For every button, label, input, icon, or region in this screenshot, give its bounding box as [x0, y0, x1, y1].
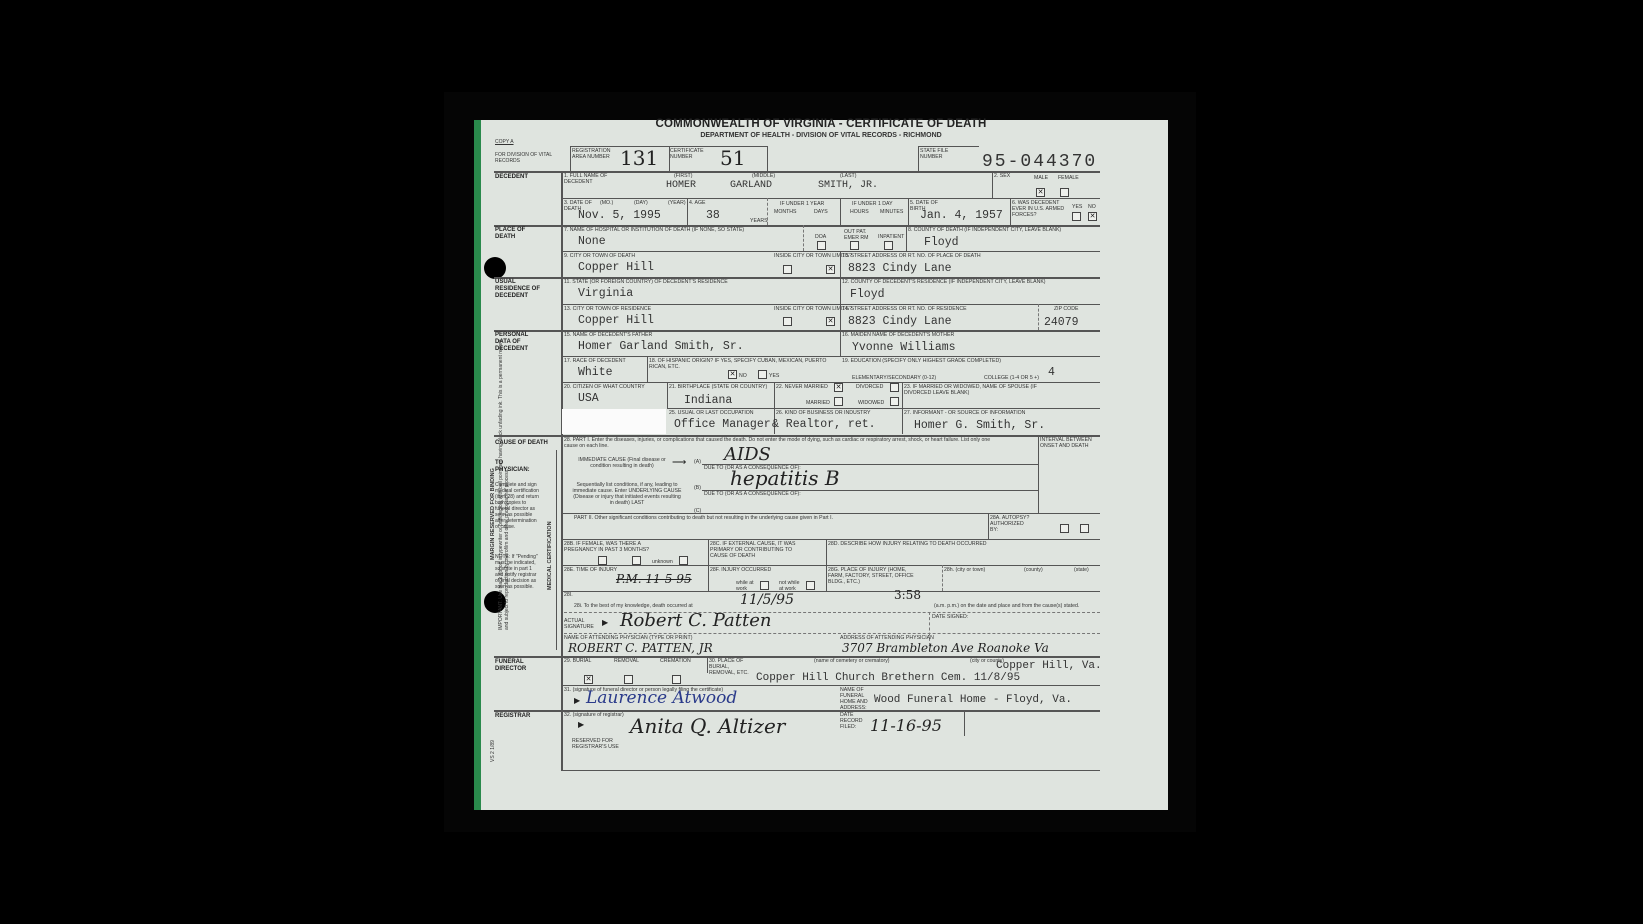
residence-street: 8823 Cindy Lane	[848, 315, 952, 328]
doa-checkbox[interactable]	[817, 241, 826, 250]
part2-instructions: PART II. Other significant conditions co…	[574, 515, 833, 521]
certification-time: 3:58	[894, 588, 921, 602]
minutes-label: minutes	[880, 209, 903, 215]
physician-signature: Robert C. Patten	[620, 610, 771, 631]
certification-date: 11/5/95	[740, 592, 794, 608]
external-cause-label: 28c. IF EXTERNAL CAUSE, IT WAS PRIMARY o…	[710, 541, 810, 559]
physician-address: 3707 Brambleton Ave Roanoke Va	[842, 641, 1049, 655]
injury-city-label: 28h. (city or town)	[944, 567, 985, 573]
birthplace-label: 21. BIRTHPLACE (state or country)	[669, 384, 767, 390]
informant-value: Homer G. Smith, Sr.	[914, 419, 1045, 432]
dod-mo-label: (mo.)	[600, 200, 613, 206]
residence-state-label: 11. STATE (OR FOREIGN COUNTRY) OF DECEDE…	[564, 279, 728, 285]
certificate-number-label: CERTIFICATE NUMBER	[670, 148, 710, 160]
state-file-number: 95-044370	[982, 152, 1097, 172]
married-checkbox[interactable]	[834, 397, 843, 406]
residence-limits-yes-checkbox[interactable]	[783, 317, 792, 326]
mother-maiden-name: Yvonne Williams	[852, 341, 956, 354]
line-b-label: (B)	[694, 485, 701, 491]
physician-instructions: Complete and sign medical certification …	[495, 482, 539, 530]
never-married-label: 22. NEVER MARRIED	[776, 384, 828, 390]
hispanic-no-label: no	[739, 373, 747, 379]
first-label: (first)	[674, 173, 692, 179]
green-binding-stripe	[474, 120, 481, 810]
certificate-number-value: 51	[720, 146, 745, 170]
autopsy-label: 28a. AUTOPSY? AUTHORIZED BY:	[990, 515, 1032, 533]
education-label: 19. EDUCATION (Specify only highest grad…	[842, 358, 1001, 364]
burial-checkbox[interactable]: ✕	[584, 675, 593, 684]
citizen-country: USA	[578, 392, 599, 405]
cause-a: AIDS	[724, 444, 771, 465]
copy-for-label: FOR DIVISION OF VITAL RECORDS	[495, 152, 555, 164]
father-name: Homer Garland Smith, Sr.	[578, 340, 744, 353]
female-label: female	[1058, 175, 1079, 181]
city-of-death: Copper Hill	[578, 261, 654, 274]
residence-street-label: 14. STREET ADDRESS OR RT. NO. OF RESIDEN…	[842, 306, 967, 312]
residence-state: Virginia	[578, 287, 633, 300]
punch-hole-top	[484, 257, 506, 279]
hispanic-yes-checkbox[interactable]	[758, 370, 767, 379]
mother-label: 16. MAIDEN NAME OF DECEDENT'S MOTHER	[842, 332, 954, 338]
reserved-label: RESERVED FOR REGISTRAR'S USE	[572, 738, 632, 750]
under-1-day-label: IF UNDER 1 DAY	[852, 201, 893, 207]
form-code: VS 2 1/89	[490, 740, 496, 762]
signature-label: ACTUAL SIGNATURE	[564, 618, 598, 630]
registrar-signature-label: 32. (signature of registrar)	[564, 712, 624, 718]
widowed-checkbox[interactable]	[890, 397, 899, 406]
decedent-last-name: SMITH, JR.	[818, 180, 878, 191]
residence-limits-no-checkbox[interactable]: ✕	[826, 317, 835, 326]
cert-number-label: 28i.	[564, 592, 573, 598]
burial-label: 29. BURIAL	[564, 658, 591, 664]
county-of-death-label: 8. COUNTY OF DEATH (if independent city,…	[908, 227, 1061, 233]
hispanic-yes-label: yes	[769, 373, 779, 379]
college-label: College (1-4 or 5 +)	[984, 375, 1039, 381]
date-of-birth: Jan. 4, 1957	[920, 209, 1003, 222]
spouse-label: 23. IF MARRIED OR WIDOWED, NAME OF SPOUS…	[904, 384, 1054, 396]
describe-injury-label: 28d. DESCRIBE HOW INJURY RELATING TO DEA…	[828, 541, 987, 547]
armed-yes-checkbox[interactable]	[1072, 212, 1081, 221]
burial-city: Copper Hill, Va.	[996, 660, 1102, 672]
doa-label: DOA	[815, 234, 826, 240]
redacted-ssn-box	[562, 409, 666, 434]
race-label: 17. RACE OF DECEDENT	[564, 358, 626, 364]
funeral-home: Wood Funeral Home - Floyd, Va.	[874, 694, 1072, 706]
place-of-injury-label: 28g. PLACE OF INJURY (home, farm, factor…	[828, 567, 918, 585]
years-label: years	[750, 218, 768, 224]
informant-label: 27. INFORMANT - OR SOURCE OF INFORMATION	[904, 410, 1025, 416]
date-signed-label: DATE SIGNED:	[932, 614, 968, 620]
male-label: male	[1034, 175, 1048, 181]
date-of-death: Nov. 5, 1995	[578, 209, 661, 222]
cremation-checkbox[interactable]	[672, 675, 681, 684]
state-file-label: STATE FILE NUMBER	[920, 148, 960, 160]
college-years: 4	[1048, 366, 1055, 379]
business-value: & Realtor, ret.	[772, 418, 876, 431]
immediate-cause-label: IMMEDIATE CAUSE (Final disease or condit…	[572, 457, 672, 469]
autopsy-yes-checkbox[interactable]	[1060, 524, 1069, 533]
race-value: White	[578, 366, 613, 379]
while-at-work-checkbox[interactable]	[760, 581, 769, 590]
signature-arrow-icon: ▶	[602, 618, 608, 627]
widowed-label: WIDOWED	[858, 400, 884, 406]
zip-label: ZIP CODE	[1054, 306, 1078, 312]
armed-yes-label: yes	[1072, 204, 1082, 210]
not-at-work-checkbox[interactable]	[806, 581, 815, 590]
registration-area-label: REGISTRATION AREA NUMBER	[572, 148, 612, 160]
place-of-burial-label: 30. PLACE OF BURIAL, REMOVAL, ETC.	[709, 658, 749, 676]
time-of-injury-struck: P.M. 11-5-95	[616, 572, 692, 586]
pregnancy-unknown-checkbox[interactable]	[679, 556, 688, 565]
medical-certification-label: MEDICAL CERTIFICATION	[547, 521, 553, 590]
cremation-label: CREMATION	[660, 658, 691, 664]
certificate-title: COMMONWEALTH OF VIRGINIA - CERTIFICATE O…	[474, 118, 1168, 130]
cemetery-label: (name of cemetery or crematory)	[814, 658, 890, 664]
registrar-signature: Anita Q. Altizer	[630, 714, 785, 738]
divorced-label: DIVORCED	[856, 384, 883, 390]
birthplace-value: Indiana	[684, 394, 732, 407]
hospital-label: 7. NAME OF HOSPITAL OR INSTITUTION OF DE…	[564, 227, 744, 233]
hospital-value: None	[578, 235, 606, 248]
county-of-death: Floyd	[924, 236, 959, 249]
occupation-value: Office Manager	[674, 418, 771, 431]
registrar-arrow-icon: ▶	[578, 720, 584, 729]
physician-name: ROBERT C. PATTEN, JR	[568, 641, 713, 655]
business-label: 26. KIND OF BUSINESS OR INDUSTRY	[776, 410, 870, 416]
death-limits-yes-checkbox[interactable]	[783, 265, 792, 274]
section-place-of-death: PLACE OF DEATH	[495, 227, 545, 241]
dod-day-label: (day)	[634, 200, 648, 206]
middle-label: (middle)	[752, 173, 775, 179]
under-1-year-label: IF UNDER 1 YEAR	[780, 201, 824, 207]
burial-place: Copper Hill Church Brethern Cem. 11/8/95	[756, 672, 1020, 684]
last-label: (last)	[840, 173, 856, 179]
arrow-right-icon: ⟶	[672, 457, 686, 468]
residence-county-label: 12. COUNTY OF DECEDENT'S RESIDENCE (if i…	[842, 279, 1046, 285]
elementary-label: Elementary/Secondary (0-12)	[852, 375, 936, 381]
dod-year-label: (year)	[668, 200, 686, 206]
father-label: 15. NAME OF DECEDENT'S FATHER	[564, 332, 652, 338]
removal-checkbox[interactable]	[624, 675, 633, 684]
section-usual-residence: USUAL RESIDENCE OF DECEDENT	[495, 279, 545, 300]
armed-no-checkbox[interactable]: ✕	[1088, 212, 1097, 221]
sex-label: 2. SEX	[994, 173, 1010, 179]
interval-label: INTERVAL BETWEEN ONSET AND DEATH	[1040, 437, 1096, 449]
outpatient-checkbox[interactable]	[850, 241, 859, 250]
time-of-injury-label: 28e. TIME OF INJURY	[564, 567, 617, 573]
armed-forces-label: 6. WAS DECEDENT EVER IN U.S. ARMED FORCE…	[1012, 200, 1068, 218]
full-name-label: 1. FULL NAME OF DECEDENT	[564, 173, 614, 185]
months-label: months	[774, 209, 796, 215]
section-funeral-director: FUNERAL DIRECTOR	[495, 659, 539, 673]
residence-city-label: 13. CITY OR TOWN OF RESIDENCE	[564, 306, 651, 312]
inpatient-label: Inpatient	[878, 234, 904, 240]
decedent-middle-name: GARLAND	[730, 180, 772, 191]
city-of-death-label: 9. CITY OR TOWN OF DEATH	[564, 253, 635, 259]
death-limits-no-checkbox[interactable]: ✕	[826, 265, 835, 274]
decedent-first-name: HOMER	[666, 180, 696, 191]
occupation-label: 25. USUAL OR LAST OCCUPATION	[669, 410, 754, 416]
date-filed: 11-16-95	[870, 716, 942, 735]
am-pm-statement: (a.m. p.m.) on the date and place and fr…	[934, 603, 1079, 609]
residence-zip: 24079	[1044, 316, 1079, 329]
section-decedent: DECEDENT	[495, 174, 528, 181]
cause-b: hepatitis B	[730, 466, 840, 490]
citizen-label: 20. CITIZEN OF WHAT COUNTRY	[564, 384, 645, 390]
hispanic-no-checkbox[interactable]: ✕	[728, 370, 737, 379]
section-registrar: REGISTRAR	[495, 713, 530, 720]
age-label: 4. AGE	[689, 200, 705, 206]
registration-area-value: 131	[620, 146, 658, 170]
removal-label: REMOVAL	[614, 658, 639, 664]
residence-county: Floyd	[850, 288, 885, 301]
injury-county-label: (county)	[1024, 567, 1043, 573]
days-label: days	[814, 209, 828, 215]
pregnancy-label: 28b. IF FEMALE, WAS THERE A PREGNANCY IN…	[564, 541, 664, 553]
sequential-label: Sequentially list conditions, if any, le…	[572, 482, 682, 506]
certificate-subtitle: DEPARTMENT OF HEALTH - DIVISION OF VITAL…	[474, 132, 1168, 139]
married-label: MARRIED	[806, 400, 830, 406]
to-physician-label: TO PHYSICIAN:	[495, 460, 535, 474]
never-married-checkbox[interactable]: ✕	[834, 383, 843, 392]
hispanic-label: 18. OF HISPANIC ORIGIN? If yes, specify …	[649, 358, 829, 370]
line-a-label: (A)	[694, 459, 701, 465]
director-signature: Laurence Atwood	[586, 688, 737, 708]
certification-statement: 28i. To the best of my knowledge, death …	[574, 603, 693, 609]
death-street-label: 10. STREET ADDRESS OR RT. NO. OF PLACE O…	[842, 253, 981, 259]
due-to-b-label: DUE TO (OR AS A CONSEQUENCE OF):	[704, 491, 801, 497]
director-arrow-icon: ▶	[574, 696, 580, 705]
pregnancy-no-checkbox[interactable]	[632, 556, 641, 565]
part1-instructions: 28. PART I. Enter the diseases, injuries…	[564, 437, 1004, 449]
section-personal-data: PERSONAL DATA OF DECEDENT	[495, 332, 545, 353]
sex-female-checkbox[interactable]	[1060, 188, 1069, 197]
inpatient-checkbox[interactable]	[884, 241, 893, 250]
pregnancy-yes-checkbox[interactable]	[598, 556, 607, 565]
copy-label: COPY A	[495, 139, 514, 145]
armed-no-label: no	[1088, 204, 1096, 210]
outpatient-label: Out Pat. Emer Rm	[844, 229, 870, 241]
injury-state-label: (state)	[1074, 567, 1089, 573]
residence-city: Copper Hill	[578, 314, 654, 327]
death-certificate: MARGIN RESERVED FOR BINDING IMPORTANT: U…	[474, 120, 1168, 810]
pending-note: NOTE: If "Pending" must be indicated, so…	[495, 554, 539, 590]
section-cause-of-death: CAUSE OF DEATH	[495, 440, 548, 447]
funeral-home-label: NAME OF FUNERAL HOME AND ADDRESS:	[840, 687, 874, 711]
injury-occurred-label: 28f. INJURY OCCURRED	[710, 567, 771, 573]
hours-label: hours	[850, 209, 869, 215]
death-street: 8823 Cindy Lane	[848, 262, 952, 275]
sex-male-checkbox[interactable]: ✕	[1036, 188, 1045, 197]
age-value: 38	[706, 209, 720, 222]
divorced-checkbox[interactable]	[890, 383, 899, 392]
autopsy-no-checkbox[interactable]	[1080, 524, 1089, 533]
